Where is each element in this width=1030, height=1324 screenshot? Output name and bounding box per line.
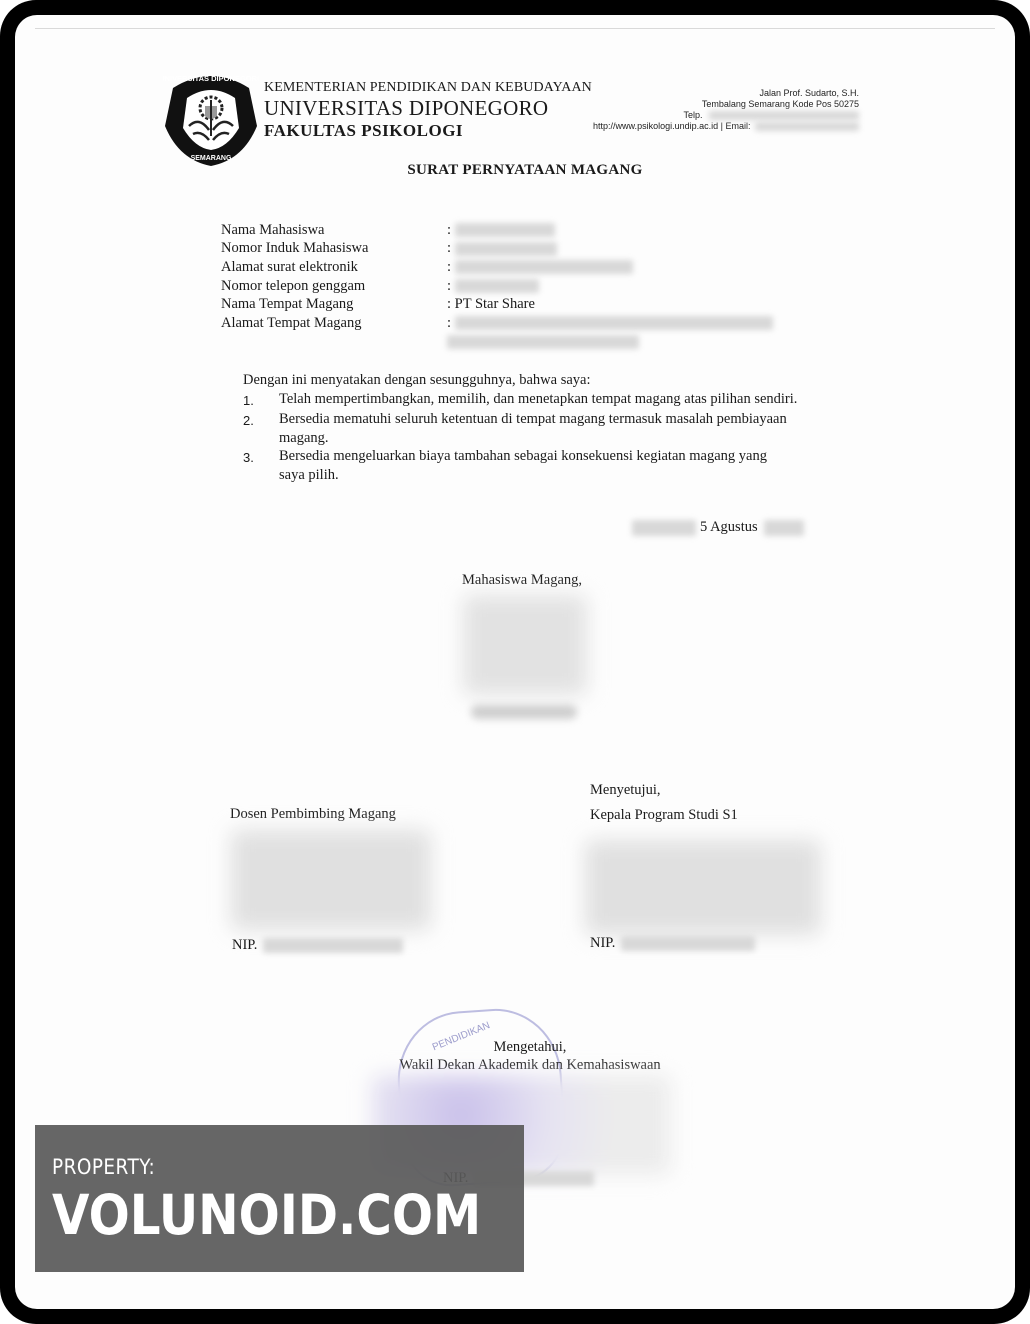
field-label: Alamat Tempat Magang bbox=[221, 315, 447, 332]
watermark-site: VOLUNOID.COM bbox=[52, 1183, 481, 1247]
advisor-nip: NIP. bbox=[232, 937, 403, 954]
field-row-company-address: Alamat Tempat Magang : bbox=[221, 314, 773, 333]
signing-date: 5 Agustus bbox=[632, 519, 804, 536]
student-signature-label: Mahasiswa Magang, bbox=[462, 572, 582, 589]
email-label: | Email: bbox=[721, 121, 751, 131]
student-name-redacted bbox=[471, 705, 577, 719]
field-value: : bbox=[447, 222, 555, 239]
document-title: SURAT PERNYATAAN MAGANG bbox=[15, 162, 1015, 179]
approve-label: Menyetujui, bbox=[590, 778, 738, 803]
statement-list: 1.Telah mempertimbangkan, memilih, dan m… bbox=[243, 390, 823, 485]
field-value: : PT Star Share bbox=[447, 296, 535, 313]
field-label: Nomor Induk Mahasiswa bbox=[221, 240, 447, 257]
date-text: 5 Agustus bbox=[700, 519, 758, 536]
field-value: : bbox=[447, 315, 773, 332]
document-page: UNIVERSITAS DIPONEGORO SEMARANG KEMENTER… bbox=[15, 15, 1015, 1309]
company-name: PT Star Share bbox=[455, 296, 535, 313]
page-edge-line bbox=[35, 28, 995, 29]
field-value: : bbox=[447, 259, 633, 276]
address-web: http://www.psikologi.undip.ac.id | Email… bbox=[593, 121, 859, 132]
university-logo-icon: UNIVERSITAS DIPONEGORO SEMARANG bbox=[163, 68, 259, 168]
statement-section: Dengan ini menyatakan dengan sesungguhny… bbox=[243, 371, 823, 484]
statement-intro: Dengan ini menyatakan dengan sesungguhny… bbox=[243, 371, 823, 390]
statement-item: 1.Telah mempertimbangkan, memilih, dan m… bbox=[243, 390, 823, 411]
svg-text:UNIVERSITAS DIPONEGORO: UNIVERSITAS DIPONEGORO bbox=[163, 74, 259, 83]
field-row-nim: Nomor Induk Mahasiswa : bbox=[221, 240, 773, 259]
statement-item: 2.Bersedia mematuhi seluruh ketentuan di… bbox=[243, 410, 823, 447]
ministry-name: KEMENTERIAN PENDIDIKAN DAN KEBUDAYAAN bbox=[264, 80, 592, 96]
field-label: Nama Mahasiswa bbox=[221, 222, 447, 239]
address-street: Jalan Prof. Sudarto, S.H. bbox=[593, 88, 859, 99]
field-row-phone: Nomor telepon genggam : bbox=[221, 277, 773, 296]
field-label: Nomor telepon genggam bbox=[221, 278, 447, 295]
svg-text:SEMARANG: SEMARANG bbox=[191, 155, 232, 162]
advisor-signature bbox=[231, 830, 431, 930]
faculty-name: FAKULTAS PSIKOLOGI bbox=[264, 121, 463, 141]
dean-role-label: Wakil Dekan Akademik dan Kemahasiswaan bbox=[45, 1056, 1015, 1074]
acknowledge-block: Mengetahui, Wakil Dekan Akademik dan Kem… bbox=[15, 1038, 1015, 1074]
field-label: Alamat surat elektronik bbox=[221, 259, 447, 276]
head-signature-block: Menyetujui, Kepala Program Studi S1 bbox=[590, 778, 738, 828]
address-phone: Telp. bbox=[593, 110, 859, 121]
student-signature bbox=[463, 595, 587, 695]
university-name: UNIVERSITAS DIPONEGORO bbox=[264, 96, 548, 121]
field-label: Nama Tempat Magang bbox=[221, 296, 447, 313]
address-city: Tembalang Semarang Kode Pos 50275 bbox=[593, 99, 859, 110]
head-role-label: Kepala Program Studi S1 bbox=[590, 803, 738, 828]
acknowledge-label: Mengetahui, bbox=[45, 1038, 1015, 1056]
field-value: : bbox=[447, 278, 539, 295]
redacted-city bbox=[632, 520, 696, 536]
advisor-signature-label: Dosen Pembimbing Magang bbox=[230, 806, 396, 823]
student-info-table: Nama Mahasiswa : Nomor Induk Mahasiswa :… bbox=[221, 221, 773, 351]
head-signature bbox=[585, 840, 821, 935]
phone-label: Telp. bbox=[683, 110, 702, 120]
redacted-email bbox=[755, 122, 859, 131]
statement-item: 3.Bersedia mengeluarkan biaya tambahan s… bbox=[243, 447, 823, 484]
field-row-name: Nama Mahasiswa : bbox=[221, 221, 773, 240]
field-row-company: Nama Tempat Magang : PT Star Share bbox=[221, 295, 773, 314]
field-row-address-cont bbox=[221, 333, 773, 352]
website-link[interactable]: http://www.psikologi.undip.ac.id bbox=[593, 121, 718, 131]
field-value: : bbox=[447, 240, 557, 257]
field-row-email: Alamat surat elektronik : bbox=[221, 258, 773, 277]
watermark-label: PROPERTY: bbox=[52, 1155, 155, 1179]
redacted-phone bbox=[709, 111, 859, 120]
faculty-address: Jalan Prof. Sudarto, S.H. Tembalang Sema… bbox=[593, 88, 859, 132]
head-nip: NIP. bbox=[590, 935, 755, 952]
watermark-banner: PROPERTY: VOLUNOID.COM bbox=[35, 1125, 524, 1272]
redacted-year bbox=[764, 520, 804, 536]
